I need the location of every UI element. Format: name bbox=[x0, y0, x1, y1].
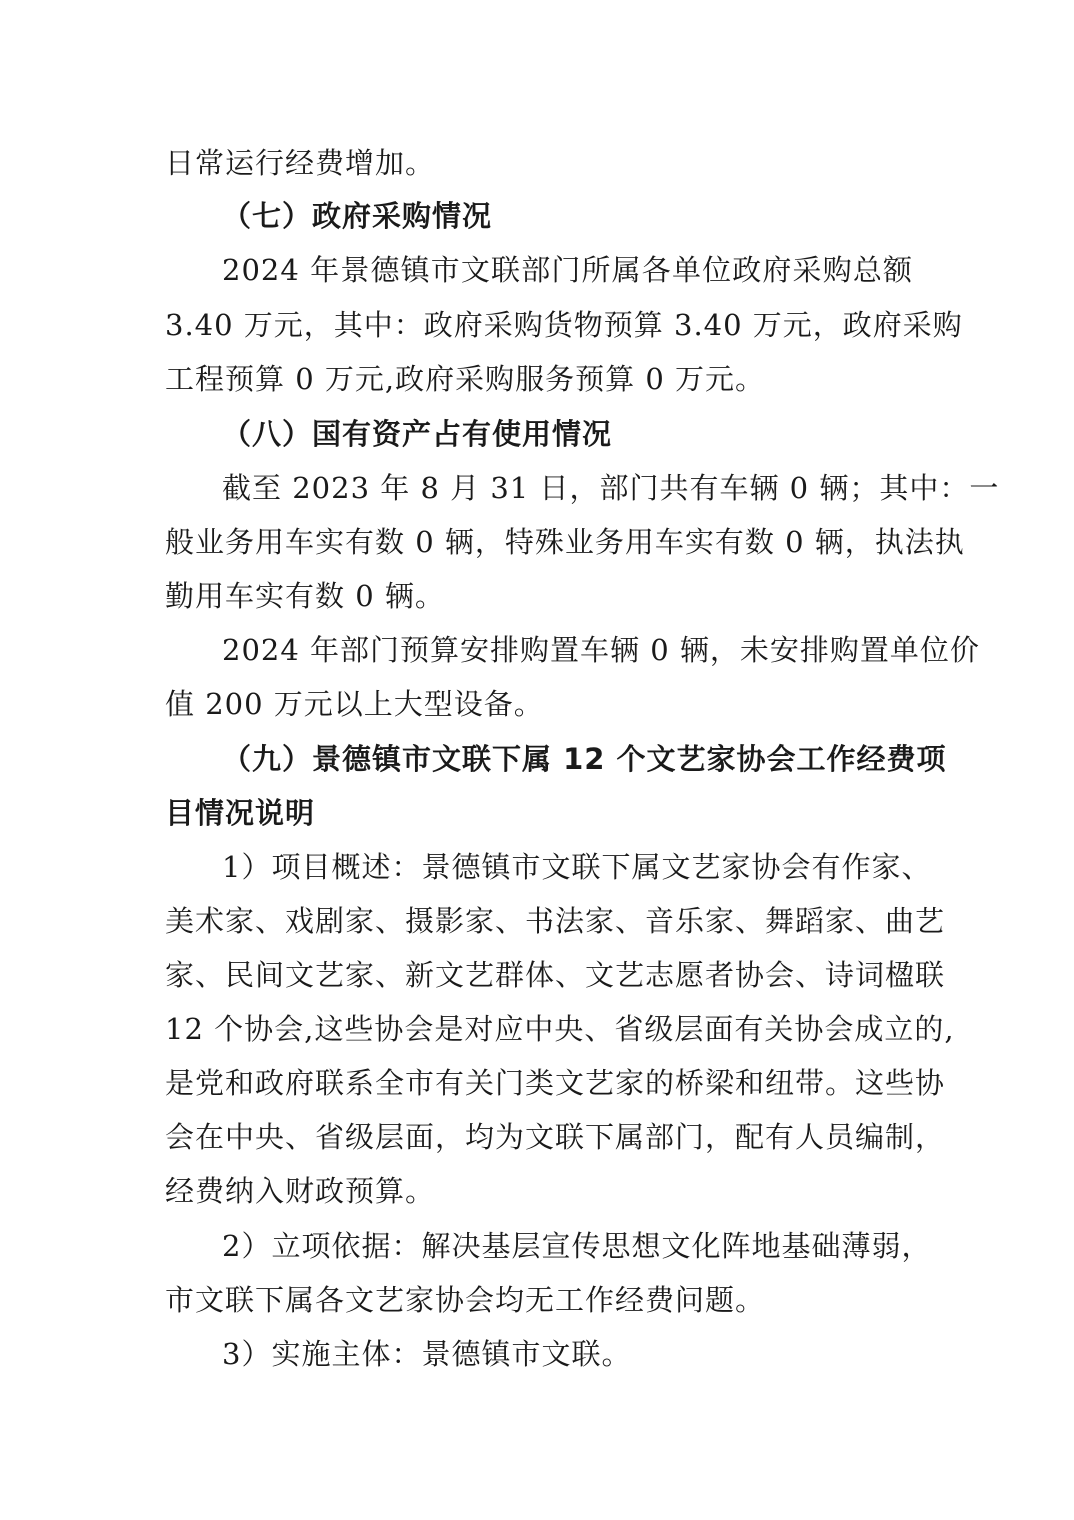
paragraph-line: 3）实施主体：景德镇市文联。 bbox=[222, 1336, 913, 1372]
paragraph-line: 会在中央、省级层面，均为文联下属部门，配有人员编制， bbox=[165, 1119, 913, 1155]
paragraph-line: 美术家、戏剧家、摄影家、书法家、音乐家、舞蹈家、曲艺 bbox=[165, 903, 913, 939]
paragraph-line: 3.40 万元，其中：政府采购货物预算 3.40 万元，政府采购 bbox=[165, 307, 913, 343]
paragraph-line: 1）项目概述：景德镇市文联下属文艺家协会有作家、 bbox=[222, 849, 913, 885]
paragraph-line: 勤用车实有数 0 辆。 bbox=[165, 578, 913, 614]
paragraph-line: 截至 2023 年 8 月 31 日，部门共有车辆 0 辆；其中：一 bbox=[222, 470, 913, 506]
paragraph-line: 市文联下属各文艺家协会均无工作经费问题。 bbox=[165, 1282, 913, 1318]
document-page: 日常运行经费增加。（七）政府采购情况2024 年景德镇市文联部门所属各单位政府采… bbox=[0, 0, 1074, 1520]
paragraph-line: 2024 年部门预算安排购置车辆 0 辆，未安排购置单位价 bbox=[222, 632, 913, 668]
paragraph-line: 2）立项依据：解决基层宣传思想文化阵地基础薄弱， bbox=[222, 1228, 913, 1264]
paragraph-line: 般业务用车实有数 0 辆，特殊业务用车实有数 0 辆，执法执 bbox=[165, 524, 913, 560]
paragraph-line: 日常运行经费增加。 bbox=[165, 145, 913, 181]
paragraph-line: 12 个协会,这些协会是对应中央、省级层面有关协会成立的, bbox=[165, 1011, 913, 1047]
section-heading: 目情况说明 bbox=[165, 795, 913, 831]
section-heading: （九）景德镇市文联下属 12 个文艺家协会工作经费项 bbox=[222, 741, 913, 777]
paragraph-line: 2024 年景德镇市文联部门所属各单位政府采购总额 bbox=[222, 252, 913, 288]
paragraph-line: 工程预算 0 万元,政府采购服务预算 0 万元。 bbox=[165, 361, 913, 397]
paragraph-line: 是党和政府联系全市有关门类文艺家的桥梁和纽带。这些协 bbox=[165, 1065, 913, 1101]
paragraph-line: 经费纳入财政预算。 bbox=[165, 1173, 913, 1209]
section-heading: （七）政府采购情况 bbox=[222, 198, 913, 234]
section-heading: （八）国有资产占有使用情况 bbox=[222, 416, 913, 452]
paragraph-line: 家、民间文艺家、新文艺群体、文艺志愿者协会、诗词楹联 bbox=[165, 957, 913, 993]
paragraph-line: 值 200 万元以上大型设备。 bbox=[165, 686, 913, 722]
